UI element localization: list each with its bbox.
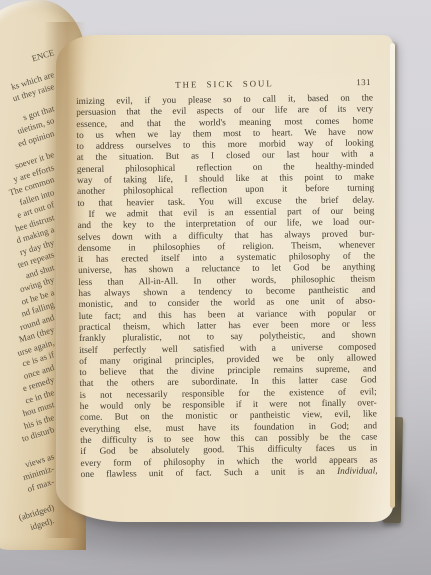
book-photo: ENCEks which areut they raises got thatu… — [0, 0, 431, 575]
page-number: 131 — [356, 77, 371, 87]
left-page-text-fragments: ENCEks which areut they raises got thatu… — [0, 46, 54, 526]
page-content: THE SICK SOUL 131 imizing evil, if you p… — [76, 79, 373, 481]
running-header-title: THE SICK SOUL — [175, 78, 274, 89]
running-header: THE SICK SOUL 131 — [76, 77, 373, 91]
page-body-text: imizing evil, if you please so to call i… — [76, 93, 378, 481]
page-fore-edge — [390, 43, 395, 508]
right-page: THE SICK SOUL 131 imizing evil, if you p… — [56, 35, 393, 522]
